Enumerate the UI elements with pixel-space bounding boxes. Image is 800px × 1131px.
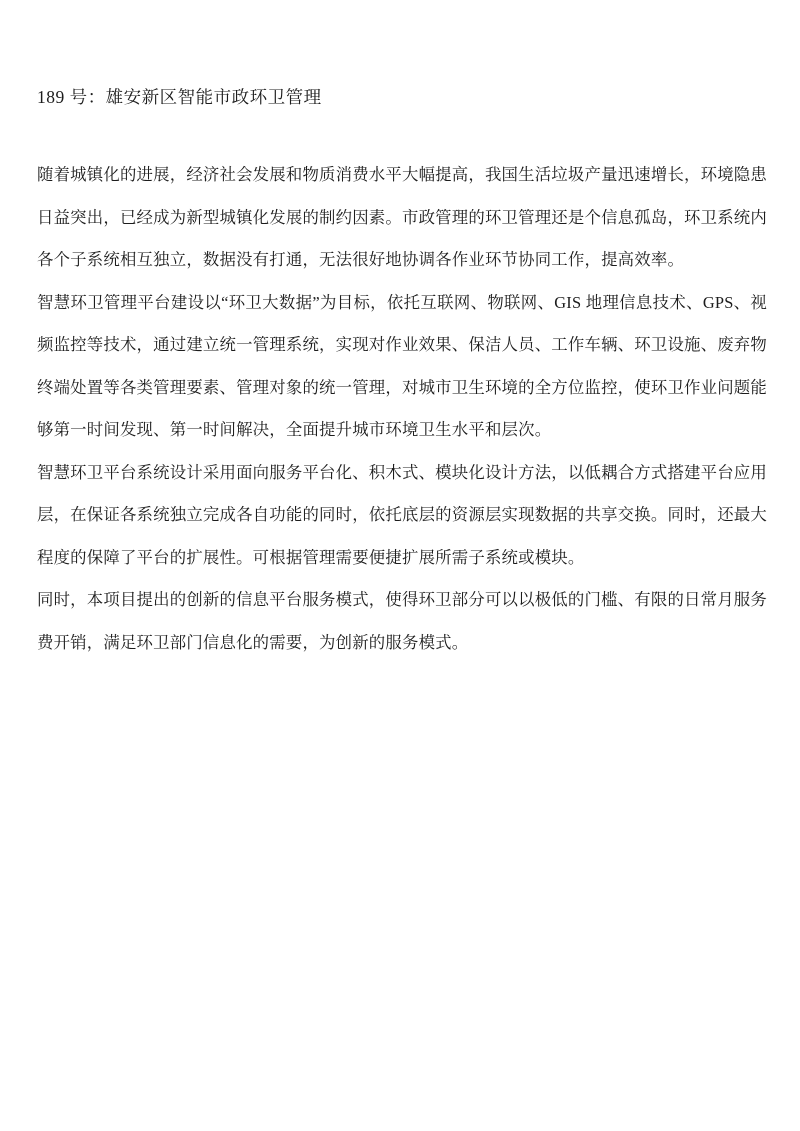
document-page: 189 号：雄安新区智能市政环卫管理 随着城镇化的进展，经济社会发展和物质消费水… [0,0,800,1131]
document-body: 随着城镇化的进展，经济社会发展和物质消费水平大幅提高，我国生活垃圾产量迅速增长，… [37,154,767,664]
paragraph-4: 同时，本项目提出的创新的信息平台服务模式，使得环卫部分可以以极低的门槛、有限的日… [37,579,767,664]
paragraph-3: 智慧环卫平台系统设计采用面向服务平台化、积木式、模块化设计方法，以低耦合方式搭建… [37,452,767,580]
paragraph-1: 随着城镇化的进展，经济社会发展和物质消费水平大幅提高，我国生活垃圾产量迅速增长，… [37,154,767,282]
paragraph-2: 智慧环卫管理平台建设以“环卫大数据”为目标，依托互联网、物联网、GIS 地理信息… [37,282,767,452]
document-title: 189 号：雄安新区智能市政环卫管理 [37,86,767,108]
